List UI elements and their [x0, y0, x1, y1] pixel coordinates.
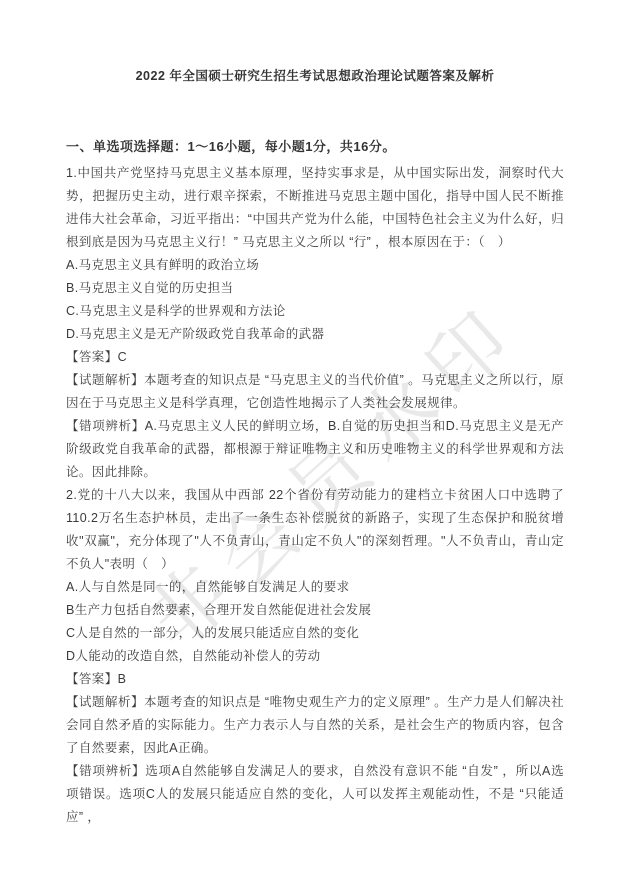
question-2-option-d: D人能动的改造自然，自然能动补偿人的劳动 [66, 645, 564, 668]
question-1-answer: 【答案】C [66, 346, 564, 369]
question-1-option-c: C.马克思主义是科学的世界观和方法论 [66, 300, 564, 323]
document-content: 2022 年全国硕士研究生招生考试思想政治理论试题答案及解析 一、单选项选择题：… [0, 0, 626, 829]
question-2-stem: 2.党的十八大以来，我国从中西部 22个省份有劳动能力的建档立卡贫困人口中选聘了… [66, 484, 564, 576]
question-1-block: 1.中国共产党坚持马克思主义基本原理，坚持实事求是，从中国实际出发，洞察时代大势… [66, 162, 564, 484]
question-1-option-a: A.马克思主义具有鲜明的政治立场 [66, 254, 564, 277]
question-1-analysis: 【试题解析】本题考查的知识点是 “马克思主义的当代价值” 。马克思主义之所以行，… [66, 369, 564, 415]
document-title: 2022 年全国硕士研究生招生考试思想政治理论试题答案及解析 [66, 66, 564, 84]
question-2-block: 2.党的十八大以来，我国从中西部 22个省份有劳动能力的建档立卡贫困人口中选聘了… [66, 484, 564, 829]
question-2-option-b: B生产力包括自然要素，合理开发自然能促进社会发展 [66, 599, 564, 622]
section-heading: 一、单选项选择题：1～16小题，每小题1分，共16分。 [66, 136, 564, 155]
question-1-distractor-analysis: 【错项辨析】A.马克思主义人民的鲜明立场，B.自觉的历史担当和D.马克思主义是无… [66, 415, 564, 484]
question-1-option-d: D.马克思主义是无产阶级政党自我革命的武器 [66, 323, 564, 346]
question-2-analysis: 【试题解析】本题考查的知识点是 “唯物史观生产力的定义原理” 。生产力是人们解决… [66, 691, 564, 760]
question-2-distractor-analysis: 【错项辨析】选项A自然能够自发满足人的要求，自然没有意识不能 “自发” ，所以A… [66, 760, 564, 829]
question-1-option-b: B.马克思主义自觉的历史担当 [66, 277, 564, 300]
question-2-answer: 【答案】B [66, 668, 564, 691]
question-2-option-a: A.人与自然是同一的，自然能够自发满足人的要求 [66, 576, 564, 599]
question-1-stem: 1.中国共产党坚持马克思主义基本原理，坚持实事求是，从中国实际出发，洞察时代大势… [66, 162, 564, 254]
document-page: 非会员水印 2022 年全国硕士研究生招生考试思想政治理论试题答案及解析 一、单… [0, 0, 626, 887]
question-2-option-c: C人是自然的一部分，人的发展只能适应自然的变化 [66, 622, 564, 645]
